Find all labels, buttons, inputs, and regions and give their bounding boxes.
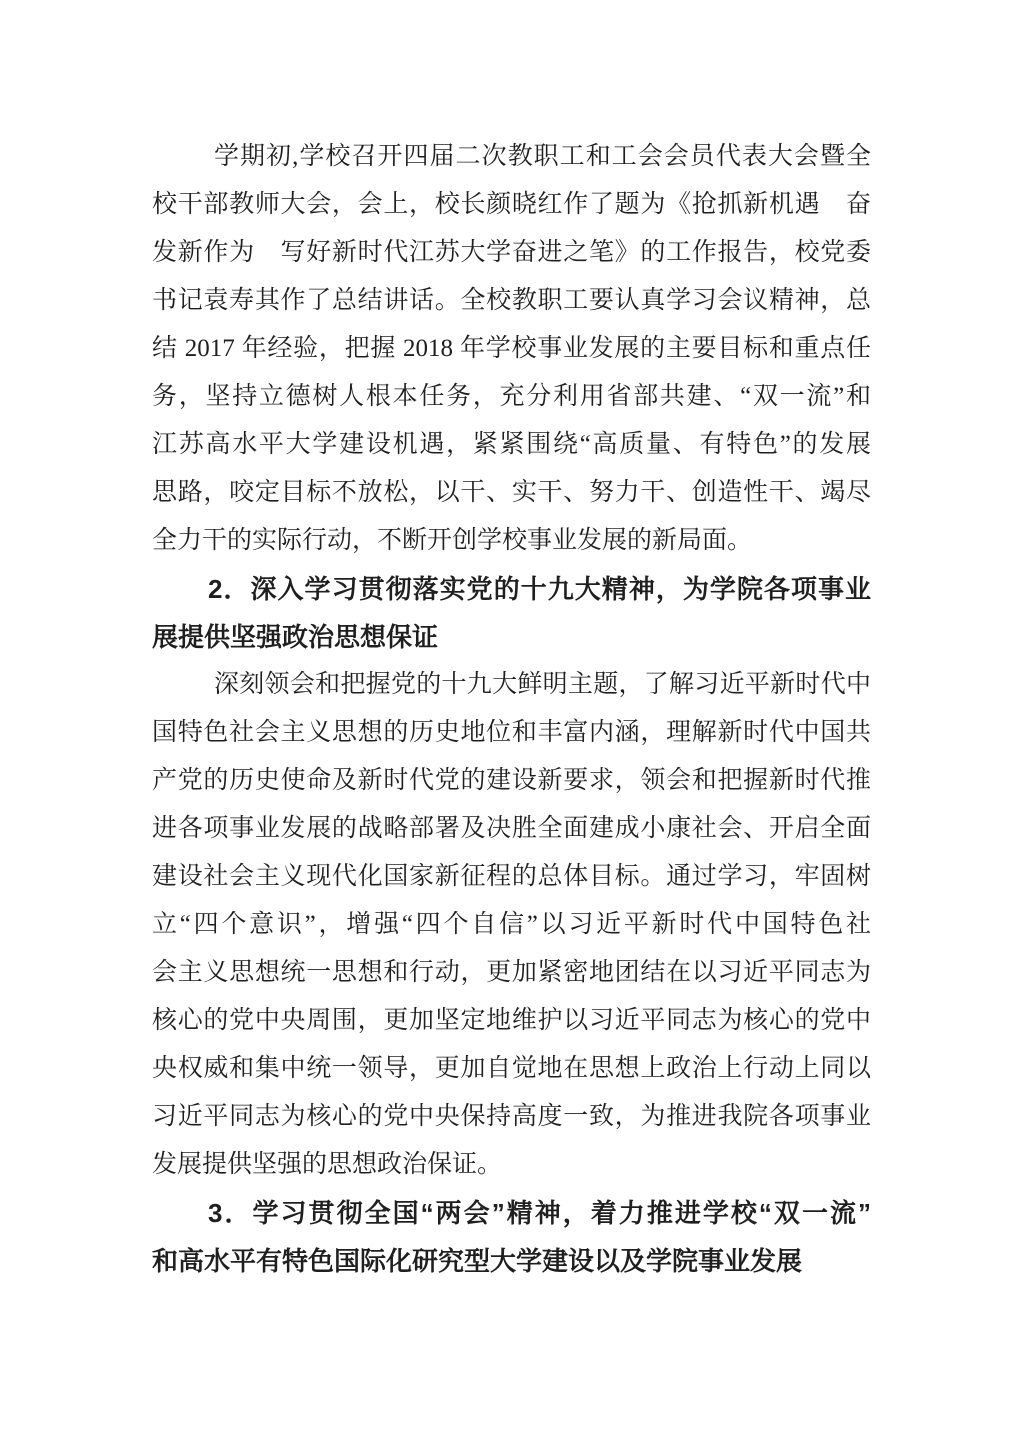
body-text-line: 核心的党中央周围，更加坚定地维护以习近平同志为核心的党中 [152,997,871,1045]
heading-line: 3．学习贯彻全国“两会”精神，着力推进学校“双一流” [152,1189,871,1237]
heading-line: 展提供坚强政治思想保证 [152,613,871,661]
body-text-line: 立“四个意识”，增强“四个自信”以习近平新时代中国特色社 [152,901,871,949]
body-text-line: 深刻领会和把握党的十九大鲜明主题，了解习近平新时代中 [152,661,871,709]
body-text-line: 结 2017 年经验，把握 2018 年学校事业发展的主要目标和重点任 [152,325,871,373]
body-text-line: 发展提供坚强的思想政治保证。 [152,1141,871,1189]
body-text-line: 国特色社会主义思想的历史地位和丰富内涵，理解新时代中国共 [152,709,871,757]
body-text-line: 会主义思想统一思想和行动，更加紧密地团结在以习近平同志为 [152,949,871,997]
heading-line: 2．深入学习贯彻落实党的十九大精神，为学院各项事业发 [152,565,871,613]
body-text-line: 务，坚持立德树人根本任务，充分利用省部共建、“双一流”和 [152,373,871,421]
body-text-line: 发新作为 写好新时代江苏大学奋进之笔》的工作报告，校党委 [152,229,871,277]
body-text-line: 建设社会主义现代化国家新征程的总体目标。通过学习，牢固树 [152,853,871,901]
body-text-line: 进各项事业发展的战略部署及决胜全面建成小康社会、开启全面 [152,805,871,853]
heading-line: 和高水平有特色国际化研究型大学建设以及学院事业发展 [152,1237,871,1285]
document-page: 学期初,学校召开四届二次教职工和工会会员代表大会暨全校干部教师大会，会上，校长颜… [0,0,1024,1448]
body-text-line: 全力干的实际行动，不断开创学校事业发展的新局面。 [152,517,871,565]
body-text-line: 产党的历史使命及新时代党的建设新要求，领会和把握新时代推 [152,757,871,805]
body-text-line: 习近平同志为核心的党中央保持高度一致，为推进我院各项事业 [152,1093,871,1141]
body-text-line: 书记袁寿其作了总结讲话。全校教职工要认真学习会议精神，总 [152,277,871,325]
body-text-line: 央权威和集中统一领导，更加自觉地在思想上政治上行动上同以 [152,1045,871,1093]
body-text-line: 校干部教师大会，会上，校长颜晓红作了题为《抢抓新机遇 奋 [152,181,871,229]
body-text-line: 学期初,学校召开四届二次教职工和工会会员代表大会暨全 [152,133,871,181]
body-text-line: 思路，咬定目标不放松，以干、实干、努力干、创造性干、竭尽 [152,469,871,517]
document-body: 学期初,学校召开四届二次教职工和工会会员代表大会暨全校干部教师大会，会上，校长颜… [152,133,871,1285]
body-text-line: 江苏高水平大学建设机遇，紧紧围绕“高质量、有特色”的发展 [152,421,871,469]
